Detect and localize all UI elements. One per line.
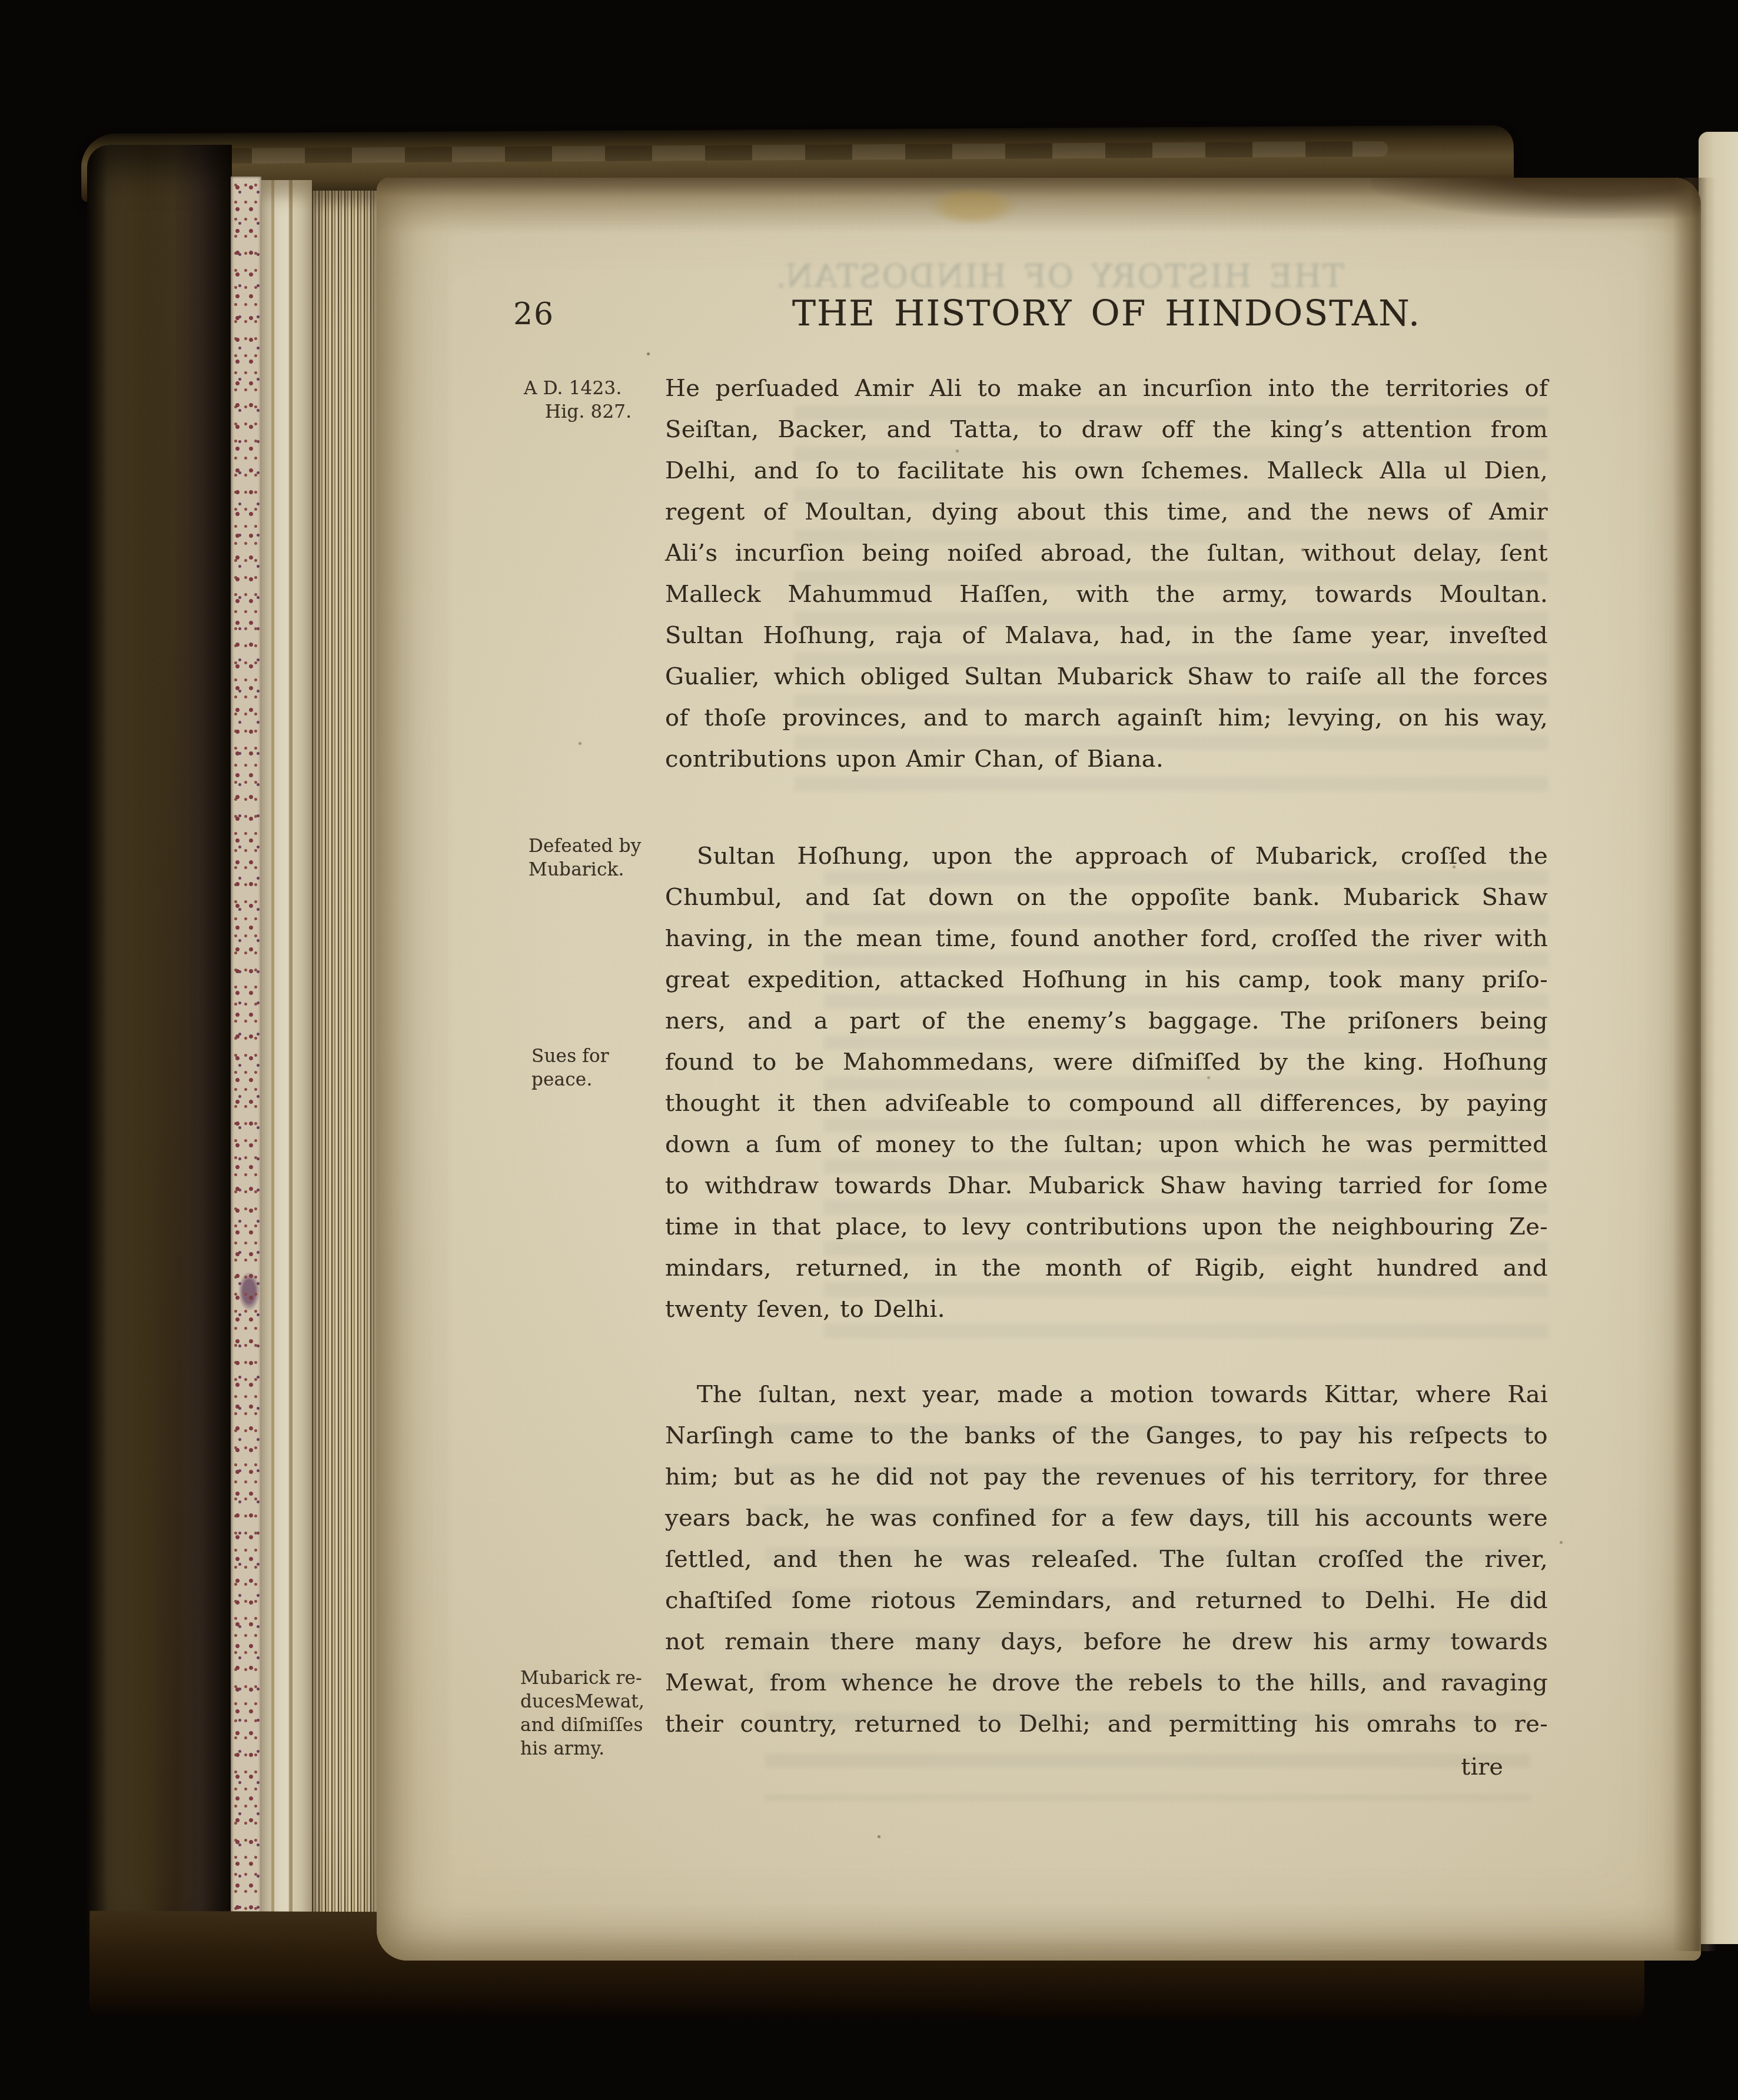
sidenote-sues-for-peace: Sues for peace. xyxy=(531,1044,679,1091)
text-line: years back, he was confined for a few da… xyxy=(665,1497,1548,1539)
sidenote-date: A D. 1423. Hig. 827. xyxy=(524,377,671,424)
sidenote-line: his army. xyxy=(520,1737,673,1760)
text-line: thought it then adviſeable to compound a… xyxy=(665,1083,1548,1124)
sidenote-line: Mubarick. xyxy=(529,858,676,881)
text-line: regent of Moultan, dying about this time… xyxy=(665,491,1548,533)
text-line: ners, and a part of the enemy’s baggage.… xyxy=(665,1000,1548,1041)
flyleaf-edges xyxy=(261,180,312,1969)
text-line: of thoſe provinces, and to march againſt… xyxy=(665,697,1548,738)
body-paragraph: Sultan Hoſhung, upon the approach of Mub… xyxy=(665,836,1548,1330)
text-line: their country, returned to Delhi; and pe… xyxy=(665,1703,1548,1745)
paper-stain xyxy=(929,187,1017,225)
sidenote-defeated: Defeated by Mubarick. xyxy=(529,834,676,881)
sidenote-line: Defeated by xyxy=(529,834,676,858)
sidenote-reduces-mewat: Mubarick re- ducesMewat, and diſmiſſes h… xyxy=(520,1666,673,1760)
text-line: not remain there many days, before he dr… xyxy=(665,1621,1548,1662)
page-number: 26 xyxy=(513,297,554,332)
text-line: Gualier, which obliged Sultan Mubarick S… xyxy=(665,656,1548,697)
body-paragraph: He perſuaded Amir Ali to make an incurſi… xyxy=(665,368,1548,780)
text-line: Sultan Hoſhung, raja of Malava, had, in … xyxy=(665,615,1548,656)
text-line: The ſultan, next year, made a motion tow… xyxy=(665,1374,1548,1415)
sidenote-line: peace. xyxy=(531,1068,679,1091)
paper-specks xyxy=(0,0,2,2)
body-paragraph: The ſultan, next year, made a motion tow… xyxy=(665,1374,1548,1745)
text-line: ſettled, and then he was releaſed. The ſ… xyxy=(665,1539,1548,1580)
text-line: down a ſum of money to the ſultan; upon … xyxy=(665,1124,1548,1165)
text-line: found to be Mahommedans, were diſmiſſed … xyxy=(665,1041,1548,1083)
text-line: chaſtiſed ſome riotous Zemindars, and re… xyxy=(665,1580,1548,1621)
sidenote-line: Mubarick re- xyxy=(520,1666,673,1690)
sidenote-line: ducesMewat, xyxy=(520,1690,673,1713)
catchword: tire xyxy=(665,1746,1503,1788)
text-line: Chumbul, and ſat down on the oppoſite ba… xyxy=(665,877,1548,918)
text-line: mindars, returned, in the month of Rigib… xyxy=(665,1247,1548,1289)
text-line: to withdraw towards Dhar. Mubarick Shaw … xyxy=(665,1165,1548,1206)
running-title: THE HISTORY OF HINDOSTAN. xyxy=(665,293,1548,334)
book-cover-board xyxy=(87,145,232,1979)
text-line: He perſuaded Amir Ali to make an incurſi… xyxy=(665,368,1548,409)
show-through-title-ghost: THE HISTORY OF HINDOSTAN. xyxy=(618,258,1501,295)
sidenote-line: Sues for xyxy=(531,1044,679,1068)
page-corner-darkened-edge xyxy=(1371,178,1701,219)
text-line: twenty ſeven, to Delhi. xyxy=(665,1289,1548,1330)
text-line: contributions upon Amir Chan, of Biana. xyxy=(665,738,1548,780)
text-line: Sultan Hoſhung, upon the approach of Mub… xyxy=(665,836,1548,877)
page-stack-fore-edges xyxy=(312,191,378,1961)
text-line: Mewat, from whence he drove the rebels t… xyxy=(665,1662,1548,1703)
text-line: Narſingh came to the banks of the Ganges… xyxy=(665,1415,1548,1456)
text-line: him; but as he did not pay the revenues … xyxy=(665,1456,1548,1497)
sidenote-line: and diſmiſſes xyxy=(520,1713,673,1737)
sidenote-line: A D. 1423. xyxy=(524,377,671,400)
text-line: Ali’s incurſion being noiſed abroad, the… xyxy=(665,533,1548,574)
text-line: Seiſtan, Backer, and Tatta, to draw off … xyxy=(665,409,1548,450)
text-line: having, in the mean time, found another … xyxy=(665,918,1548,959)
text-line: great expedition, attacked Hoſhung in hi… xyxy=(665,959,1548,1000)
page-gutter-crease xyxy=(1673,178,1716,1951)
text-line: Delhi, and ſo to facilitate his own ſche… xyxy=(665,450,1548,491)
text-line: Malleck Mahummud Haſſen, with the army, … xyxy=(665,574,1548,615)
marbled-endpaper-edge xyxy=(231,177,261,1975)
sidenote-line: Hig. 827. xyxy=(524,400,671,424)
text-line: time in that place, to levy contribution… xyxy=(665,1206,1548,1247)
